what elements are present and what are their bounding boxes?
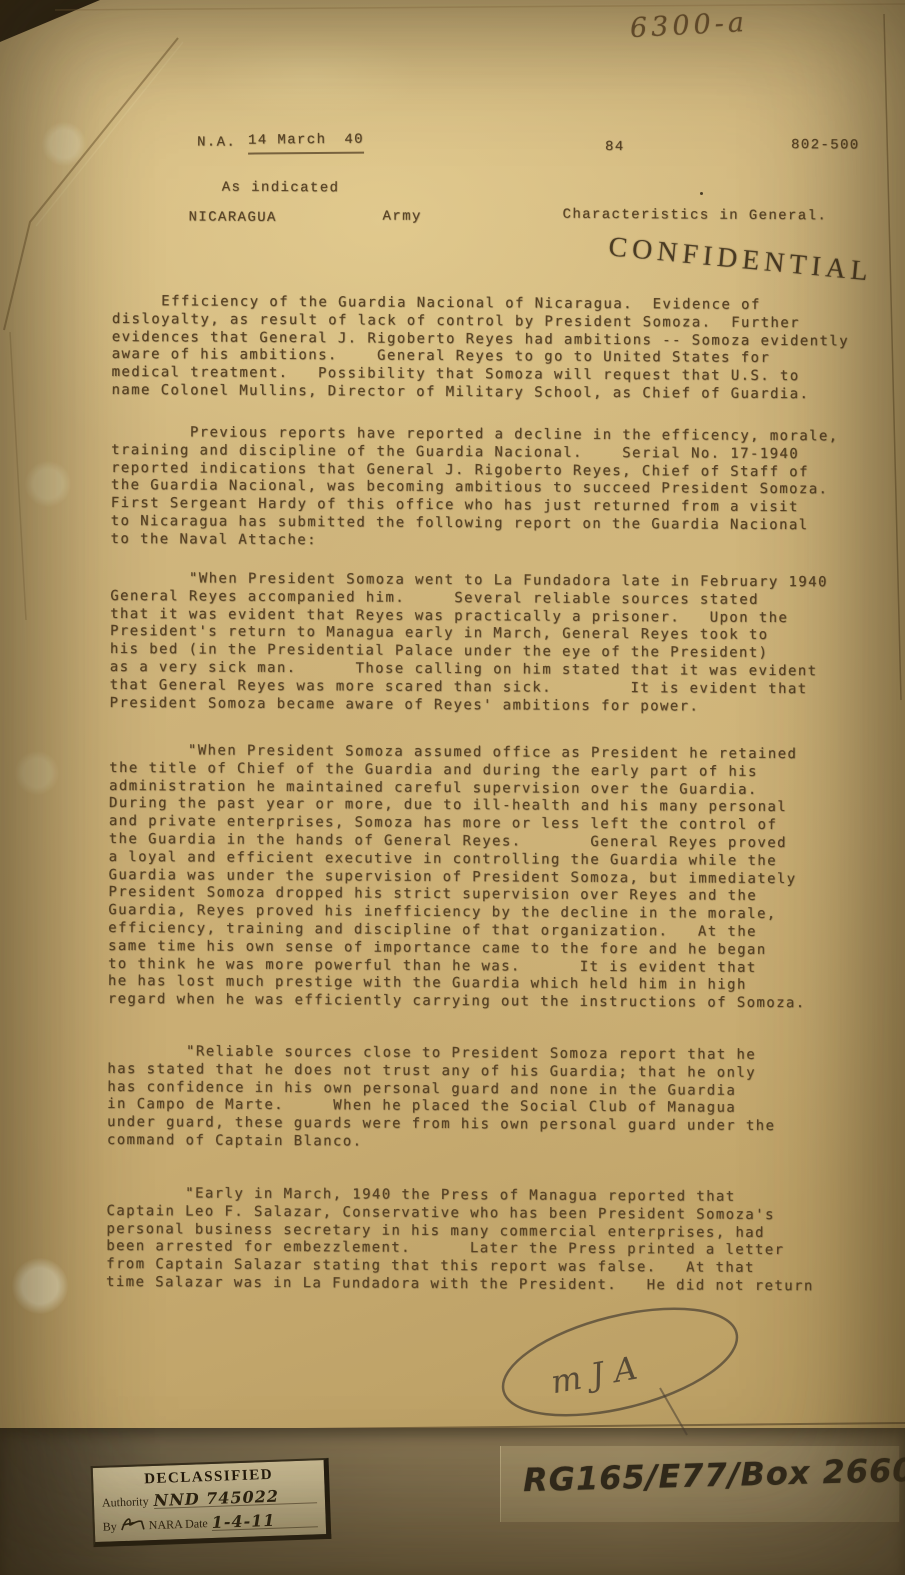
- paragraph-3: "When President Somoza went to La Fundad…: [110, 570, 891, 717]
- archive-box-number: RG165/E77/Box 2660: [523, 1451, 905, 1499]
- date-line: 14 March 40: [248, 132, 364, 155]
- declassified-stamp-label: DECLASSIFIED Authority NND 745022 By NAR…: [91, 1458, 332, 1547]
- nara-date-value: 1-4-11: [211, 1512, 317, 1531]
- paragraph-6: "Early in March, 1940 the Press of Manag…: [106, 1185, 887, 1297]
- source-line: As indicated: [222, 180, 340, 199]
- paragraph-summary: Efficiency of the Guardia Nacional of Ni…: [111, 293, 892, 405]
- nara-label: NARA Date: [149, 1516, 208, 1533]
- report-number: 84: [605, 139, 625, 157]
- handwritten-file-number: 6300-a: [629, 7, 748, 44]
- subject: Characteristics in General.: [562, 207, 827, 226]
- paragraph-2: Previous reports have reported a decline…: [111, 424, 892, 553]
- archive-tape-label: RG165/E77/Box 2660: [500, 1446, 900, 1522]
- date: 14 March: [248, 132, 327, 150]
- authority-label: Authority: [102, 1494, 149, 1511]
- document-photo: N.A. 14 March 40 84 802-500 As indicated…: [0, 0, 905, 1575]
- initials-text: m J A: [548, 1349, 640, 1401]
- authority-value: NND 745022: [153, 1488, 317, 1509]
- circled-initials: m J A: [455, 1300, 775, 1440]
- country: NICARAGUA: [188, 209, 276, 227]
- paragraph-5: "Reliable sources close to President Som…: [107, 1043, 888, 1155]
- by-label: By: [103, 1519, 118, 1534]
- paragraph-4: "When President Somoza assumed office as…: [108, 742, 890, 1014]
- year: 40: [344, 132, 364, 150]
- declassified-title: DECLASSIFIED: [101, 1465, 316, 1489]
- file-number: 802-500: [791, 137, 860, 155]
- subject-area: Army: [382, 209, 421, 227]
- office-code: N.A.: [197, 134, 236, 152]
- reviewer-signature: [119, 1515, 146, 1534]
- nara-row: By NARA Date 1-4-11: [102, 1509, 317, 1534]
- authority-row: Authority NND 745022: [102, 1488, 317, 1510]
